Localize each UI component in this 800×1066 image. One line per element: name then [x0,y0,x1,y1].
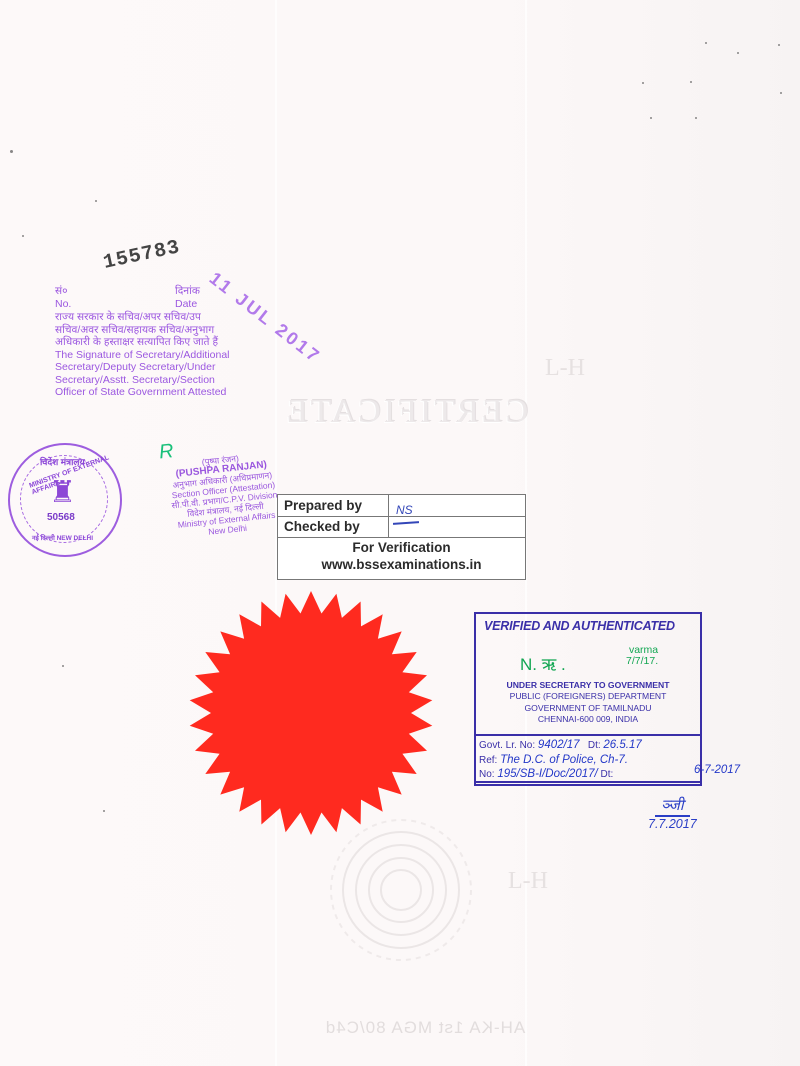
speck [103,810,105,812]
no-label: No: [479,769,495,780]
govt-lr-label: Govt. Lr. No: [479,740,535,751]
handwritten-date: 7.7.2017 [648,817,697,831]
tn-no-date-value: 6-7-2017 [694,764,740,776]
speck [690,81,692,83]
no-row: No: 195/SB-I/Doc/2017/ Dt: [479,768,613,780]
speck [778,44,780,46]
english-line: Officer of State Government Attested [55,386,300,399]
verification-url[interactable]: www.bssexaminations.in [278,556,525,573]
checked-by-row: Checked by [278,516,525,538]
tn-line: UNDER SECRETARY TO GOVERNMENT [476,680,700,691]
english-line: The Signature of Secretary/Additional [55,349,300,362]
ministry-round-seal: विदेश मंत्रालय MINISTRY OF EXTERNAL AFFA… [8,443,122,557]
prepared-by-label: Prepared by [284,498,362,513]
national-emblem-icon: ♜ [49,475,76,510]
tn-line: PUBLIC (FOREIGNERS) DEPARTMENT [476,691,700,702]
speck [22,235,24,237]
embossed-mark: L-H [508,868,548,895]
tn-signature-note: varma 7/7/17. [626,645,658,667]
speck [62,665,64,667]
embossed-seal [326,815,476,965]
speck [95,200,97,202]
serial-number: 155783 [103,242,182,270]
english-line: Secretary/Deputy Secretary/Under [55,361,300,374]
no-hindi: सं० [55,285,175,298]
english-line: Secretary/Asstt. Secretary/Section [55,374,300,387]
no-label: No. [55,298,175,311]
embossed-certificate-title: CERTIFICATE [236,393,576,431]
checked-by-label: Checked by [284,519,360,534]
speck [642,82,644,84]
tn-bottom-border [474,781,700,783]
speck [695,117,697,119]
handwritten-note: ञ्जी 7.7.2017 [648,795,697,831]
tn-stamp-heading: VERIFIED AND AUTHENTICATED [484,619,675,633]
hindi-line: अधिकारी के हस्ताक्षर सत्यापित किए जाते ह… [55,336,300,349]
tn-line: CHENNAI-600 009, INDIA [476,714,700,725]
handwritten-signature: ञ्जी [655,795,690,817]
red-starburst-seal [186,588,436,838]
date-label: Date [175,298,197,311]
for-verification-label: For Verification [278,539,525,556]
ref-value: The D.C. of Police, Ch-7. [500,754,628,766]
tamilnadu-verification-stamp: VERIFIED AND AUTHENTICATED N. ऋ . varma … [474,612,702,786]
verification-footer: For Verification www.bssexaminations.in [278,539,525,573]
seal-bottom-text: नई दिल्ली NEW DELHI [32,533,93,542]
embossed-bottom-text: AH-KA 1st MGA 80/C4d [275,1018,575,1038]
no-value: 195/SB-I/Doc/2017/ [497,768,597,780]
speck [780,92,782,94]
speck [650,117,652,119]
govt-lr-value: 9402/17 [538,739,580,751]
dt-label: Dt: [588,740,601,751]
embossed-mark: L-H [545,355,585,382]
verification-box: Prepared by Checked by NS For Verificati… [277,494,526,580]
no-dt-label: Dt: [601,769,614,780]
tn-divider [476,734,700,736]
seal-code: 50568 [47,512,75,523]
document-page: CERTIFICATE L-H L-H AH-KA 1st MGA 80/C4d… [0,0,800,1066]
checked-by-cell [388,516,526,537]
tn-stamp-lines: UNDER SECRETARY TO GOVERNMENT PUBLIC (FO… [476,680,700,726]
speck [10,150,13,153]
ref-row: Ref: The D.C. of Police, Ch-7. [479,754,628,766]
tn-signature: N. ऋ . [520,652,566,675]
speck [737,52,739,54]
checked-by-initials: NS [396,503,413,517]
speck [705,42,707,44]
dt-value: 26.5.17 [603,739,641,751]
ref-label: Ref: [479,755,497,766]
tn-line: GOVERNMENT OF TAMILNADU [476,703,700,714]
signature-date: 7/7/17. [626,656,658,667]
govt-lr-row: Govt. Lr. No: 9402/17 Dt: 26.5.17 [479,739,642,751]
date-hindi: दिनांक [175,285,200,298]
